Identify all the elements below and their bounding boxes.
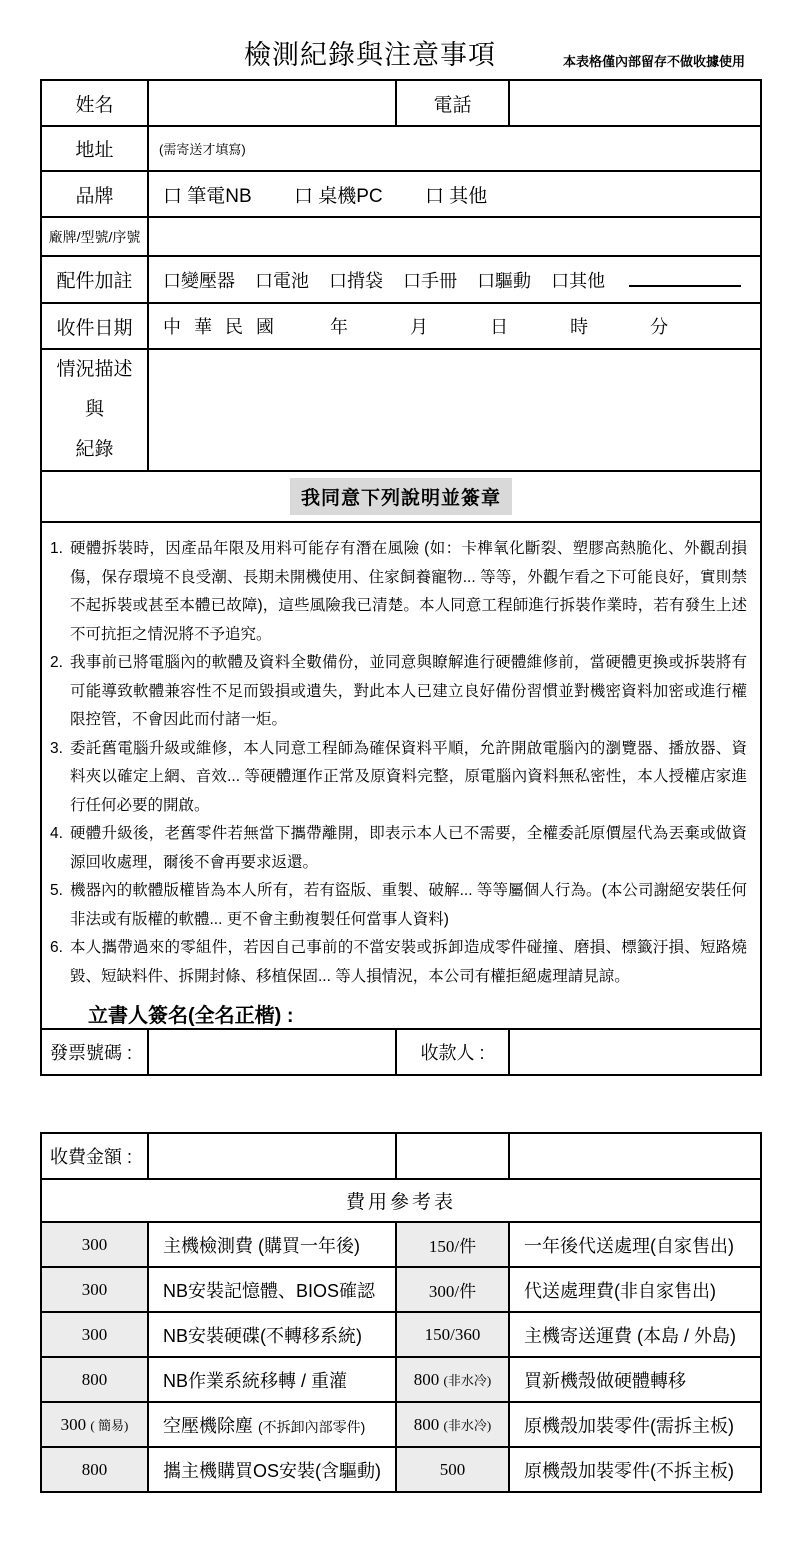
invoice-number-label: 發票號碼 : (41, 1029, 148, 1075)
term-text: 本人攜帶過來的零組件，若因自己事前的不當安裝或拆卸造成零件碰撞、磨損、標籤汙損、… (70, 939, 747, 985)
fee-blank-cell[interactable] (396, 1133, 509, 1179)
fee-price-cell: 300 (41, 1312, 148, 1357)
fee-row-2: 300 NB安裝記憶體、BIOS確認 300/件 代送處理費(非自家售出) (41, 1267, 761, 1312)
row-fee-title: 費用參考表 (41, 1179, 761, 1222)
description-input-cell[interactable] (148, 349, 761, 471)
fee-table: 收費金額 : 費用參考表 300 主機檢測費 (購買一年後) 150/件 一年後… (40, 1132, 762, 1493)
row-invoice-payee: 發票號碼 : 收款人 : (41, 1029, 761, 1075)
receive-date-label: 收件日期 (41, 303, 148, 349)
fee-row-6: 800 攜主機購買OS安裝(含驅動) 500 原機殼加裝零件(不拆主板) (41, 1447, 761, 1492)
fee-price-cell: 300 (41, 1267, 148, 1312)
fee-price-cell: 800 (41, 1447, 148, 1492)
date-input-cell[interactable]: 中 華 民 國 年 月 日 時 分 (148, 303, 761, 349)
term-text: 硬體拆裝時，因產品年限及用料可能存有潛在風險 (如：卡榫氧化斷裂、塑膠高熱脆化、… (70, 540, 747, 643)
fee-price-cell: 300 ( 簡易) (41, 1402, 148, 1447)
fee-price-cell: 800 (非水冷) (396, 1357, 509, 1402)
row-model: 廠牌/型號/序號 (41, 217, 761, 256)
term-number: 5. (50, 877, 63, 906)
fee-desc-cell: 主機寄送運費 (本島 / 外島) (509, 1312, 761, 1357)
date-unit-day: 日 (490, 317, 508, 337)
fee-price-cell: 300/件 (396, 1267, 509, 1312)
accessory-options-cell: 口變壓器 口電池 口揹袋 口手冊 口驅動 口其他 (148, 256, 761, 303)
row-terms: 1. 硬體拆裝時，因產品年限及用料可能存有潛在風險 (如：卡榫氧化斷裂、塑膠高熱… (41, 522, 761, 1029)
checkbox-option-manual[interactable]: 口手冊 (403, 267, 457, 293)
row-brand: 品牌 口 筆電NB 口 桌機PC 口 其他 (41, 171, 761, 217)
term-item-5: 5. 機器內的軟體版權皆為本人所有，若有盜版、重製、破解... 等等屬個人行為。… (50, 877, 747, 934)
brand-options-cell: 口 筆電NB 口 桌機PC 口 其他 (148, 171, 761, 217)
term-number: 2. (50, 649, 63, 678)
row-date: 收件日期 中 華 民 國 年 月 日 時 分 (41, 303, 761, 349)
fee-table-title: 費用參考表 (41, 1179, 761, 1222)
fee-blank-cell[interactable] (509, 1133, 761, 1179)
fee-row-5: 300 ( 簡易) 空壓機除塵 (不拆卸內部零件) 800 (非水冷) 原機殼加… (41, 1402, 761, 1447)
internal-use-note: 本表格僅內部留存不做收據使用 (563, 51, 745, 70)
checkbox-option-battery[interactable]: 口電池 (255, 267, 309, 293)
terms-cell: 1. 硬體拆裝時，因產品年限及用料可能存有潛在風險 (如：卡榫氧化斷裂、塑膠高熱… (41, 522, 761, 1029)
date-era-text: 中 華 民 國 (163, 317, 278, 337)
term-item-2: 2. 我事前已將電腦內的軟體及資料全數備份，並同意與瞭解進行硬體維修前，當硬體更… (50, 649, 747, 735)
term-number: 1. (50, 535, 63, 564)
agree-header-cell: 我同意下列說明並簽章 (41, 471, 761, 522)
fee-row-3: 300 NB安裝硬碟(不轉移系統) 150/360 主機寄送運費 (本島 / 外… (41, 1312, 761, 1357)
fee-desc-cell: 主機檢測費 (購買一年後) (148, 1222, 396, 1267)
fee-desc-cell: 空壓機除塵 (不拆卸內部零件) (148, 1402, 396, 1447)
term-text: 機器內的軟體版權皆為本人所有，若有盜版、重製、破解... 等等屬個人行為。(本公… (70, 882, 747, 928)
fee-price-cell: 300 (41, 1222, 148, 1267)
row-description: 情況描述 與 紀錄 (41, 349, 761, 471)
payee-input-cell[interactable] (509, 1029, 761, 1075)
fee-desc-cell: 一年後代送處理(自家售出) (509, 1222, 761, 1267)
phone-label: 電話 (396, 80, 509, 126)
checkbox-option-bag[interactable]: 口揹袋 (329, 267, 383, 293)
checkbox-option-driver[interactable]: 口驅動 (477, 267, 531, 293)
address-hint: (需寄送才填寫) (159, 142, 246, 157)
row-agree-header: 我同意下列說明並簽章 (41, 471, 761, 522)
address-label: 地址 (41, 126, 148, 171)
fee-row-4: 800 NB作業系統移轉 / 重灌 800 (非水冷) 買新機殼做硬體轉移 (41, 1357, 761, 1402)
description-label: 情況描述 與 紀錄 (41, 349, 148, 471)
fee-desc-cell: NB安裝硬碟(不轉移系統) (148, 1312, 396, 1357)
address-input-cell[interactable]: (需寄送才填寫) (148, 126, 761, 171)
term-number: 6. (50, 934, 63, 963)
row-accessories: 配件加註 口變壓器 口電池 口揹袋 口手冊 口驅動 口其他 (41, 256, 761, 303)
agree-header-highlight: 我同意下列說明並簽章 (290, 478, 512, 515)
row-name-phone: 姓名 電話 (41, 80, 761, 126)
fee-desc-cell: NB作業系統移轉 / 重灌 (148, 1357, 396, 1402)
accessories-label: 配件加註 (41, 256, 148, 303)
term-item-1: 1. 硬體拆裝時，因產品年限及用料可能存有潛在風險 (如：卡榫氧化斷裂、塑膠高熱… (50, 535, 747, 649)
invoice-input-cell[interactable] (148, 1029, 396, 1075)
brand-label: 品牌 (41, 171, 148, 217)
term-item-6: 6. 本人攜帶過來的零組件，若因自己事前的不當安裝或拆卸造成零件碰撞、磨損、標籤… (50, 934, 747, 991)
checkbox-option-laptop[interactable]: 口 筆電NB (163, 181, 252, 208)
checkbox-option-adapter[interactable]: 口變壓器 (163, 267, 235, 293)
name-label: 姓名 (41, 80, 148, 126)
fee-price-cell: 150/360 (396, 1312, 509, 1357)
signature-label[interactable]: 立書人簽名(全名正楷) : (88, 999, 747, 1028)
term-item-4: 4. 硬體升級後，老舊零件若無當下攜帶離開，即表示本人已不需要，全權委託原價屋代… (50, 820, 747, 877)
term-number: 3. (50, 735, 63, 764)
fee-price-cell: 800 (41, 1357, 148, 1402)
term-text: 硬體升級後，老舊零件若無當下攜帶離開，即表示本人已不需要，全權委託原價屋代為丟棄… (70, 825, 747, 871)
fee-desc-cell: 原機殼加裝零件(需拆主板) (509, 1402, 761, 1447)
fee-desc-cell: 代送處理費(非自家售出) (509, 1267, 761, 1312)
fee-desc-cell: 攜主機購買OS安裝(含驅動) (148, 1447, 396, 1492)
page-title: 檢測紀錄與注意事項 (244, 33, 496, 72)
fee-desc-cell: 買新機殼做硬體轉移 (509, 1357, 761, 1402)
date-unit-month: 月 (410, 317, 428, 337)
term-item-3: 3. 委託舊電腦升級或維修，本人同意工程師為確保資料平順，允許開啟電腦內的瀏覽器… (50, 735, 747, 821)
row-fee-amount: 收費金額 : (41, 1133, 761, 1179)
model-input-cell[interactable] (148, 217, 761, 256)
term-text: 委託舊電腦升級或維修，本人同意工程師為確保資料平順，允許開啟電腦內的瀏覽器、播放… (70, 740, 747, 814)
intake-form-table: 姓名 電話 地址 (需寄送才填寫) 品牌 口 筆電NB 口 桌機PC 口 其他 … (40, 79, 762, 1076)
term-number: 4. (50, 820, 63, 849)
payee-label: 收款人 : (396, 1029, 509, 1075)
fee-desc-cell: NB安裝記憶體、BIOS確認 (148, 1267, 396, 1312)
checkbox-option-other-accessory[interactable]: 口其他 (551, 267, 605, 293)
checkbox-option-other-brand[interactable]: 口 其他 (425, 181, 487, 208)
fee-price-cell: 800 (非水冷) (396, 1402, 509, 1447)
fee-amount-input-cell[interactable] (148, 1133, 396, 1179)
accessory-other-blank-line[interactable] (629, 267, 741, 287)
fee-amount-label: 收費金額 : (41, 1133, 148, 1179)
date-unit-minute: 分 (650, 317, 668, 337)
fee-desc-cell: 原機殼加裝零件(不拆主板) (509, 1447, 761, 1492)
phone-input-cell[interactable] (509, 80, 761, 126)
fee-row-1: 300 主機檢測費 (購買一年後) 150/件 一年後代送處理(自家售出) (41, 1222, 761, 1267)
model-label: 廠牌/型號/序號 (41, 217, 148, 256)
fee-price-cell: 500 (396, 1447, 509, 1492)
date-unit-hour: 時 (570, 317, 588, 337)
term-text: 我事前已將電腦內的軟體及資料全數備份，並同意與瞭解進行硬體維修前，當硬體更換或拆… (70, 654, 747, 728)
fee-price-cell: 150/件 (396, 1222, 509, 1267)
row-address: 地址 (需寄送才填寫) (41, 126, 761, 171)
checkbox-option-desktop[interactable]: 口 桌機PC (294, 181, 383, 208)
name-input-cell[interactable] (148, 80, 396, 126)
date-unit-year: 年 (330, 317, 348, 337)
